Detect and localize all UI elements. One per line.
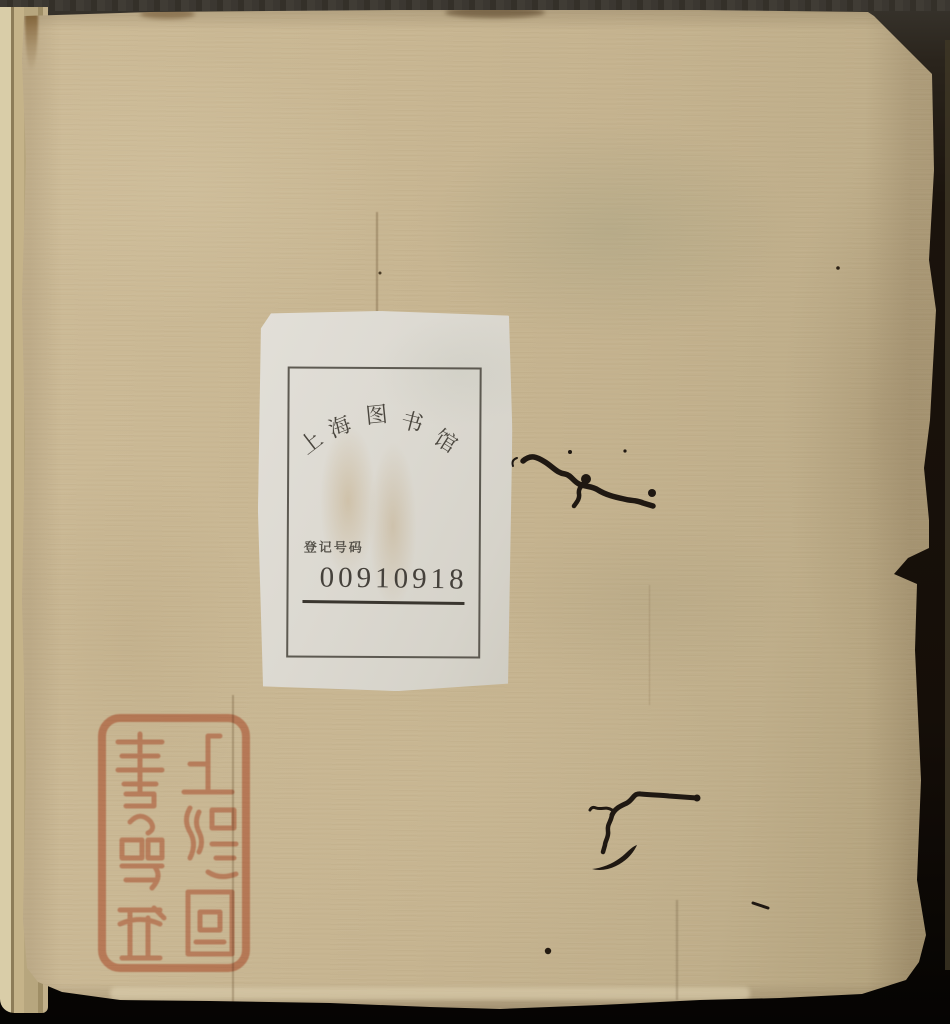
ink-speck xyxy=(379,272,382,275)
brown-drip-stain xyxy=(25,11,38,71)
ink-speck xyxy=(545,948,551,954)
paper-crease xyxy=(676,900,678,1000)
ink-mark-branch-lower xyxy=(590,794,701,852)
ink-mark-check xyxy=(592,845,637,870)
ink-speck-dash xyxy=(753,903,768,908)
aged-paper-cover: 上 海 图 书 馆 登记号码 00910918 xyxy=(0,0,950,1024)
paper-crease xyxy=(376,212,378,320)
ink-mark-branch-upper xyxy=(513,449,657,506)
registration-number: 00910918 xyxy=(319,562,467,597)
label-institution-char: 图 xyxy=(364,397,389,430)
backdrop-top-band xyxy=(0,0,950,11)
bottom-page-edge-highlight xyxy=(110,987,750,1000)
library-label-sticker: 上 海 图 书 馆 登记号码 00910918 xyxy=(257,310,513,691)
library-seal-stamp xyxy=(96,712,252,974)
registration-caption: 登记号码 xyxy=(304,537,364,556)
ink-speck xyxy=(836,266,840,270)
backdrop-right-strip xyxy=(945,40,950,970)
paper-crease xyxy=(649,585,650,705)
book-cover-photo: 上 海 图 书 馆 登记号码 00910918 xyxy=(0,0,950,1024)
